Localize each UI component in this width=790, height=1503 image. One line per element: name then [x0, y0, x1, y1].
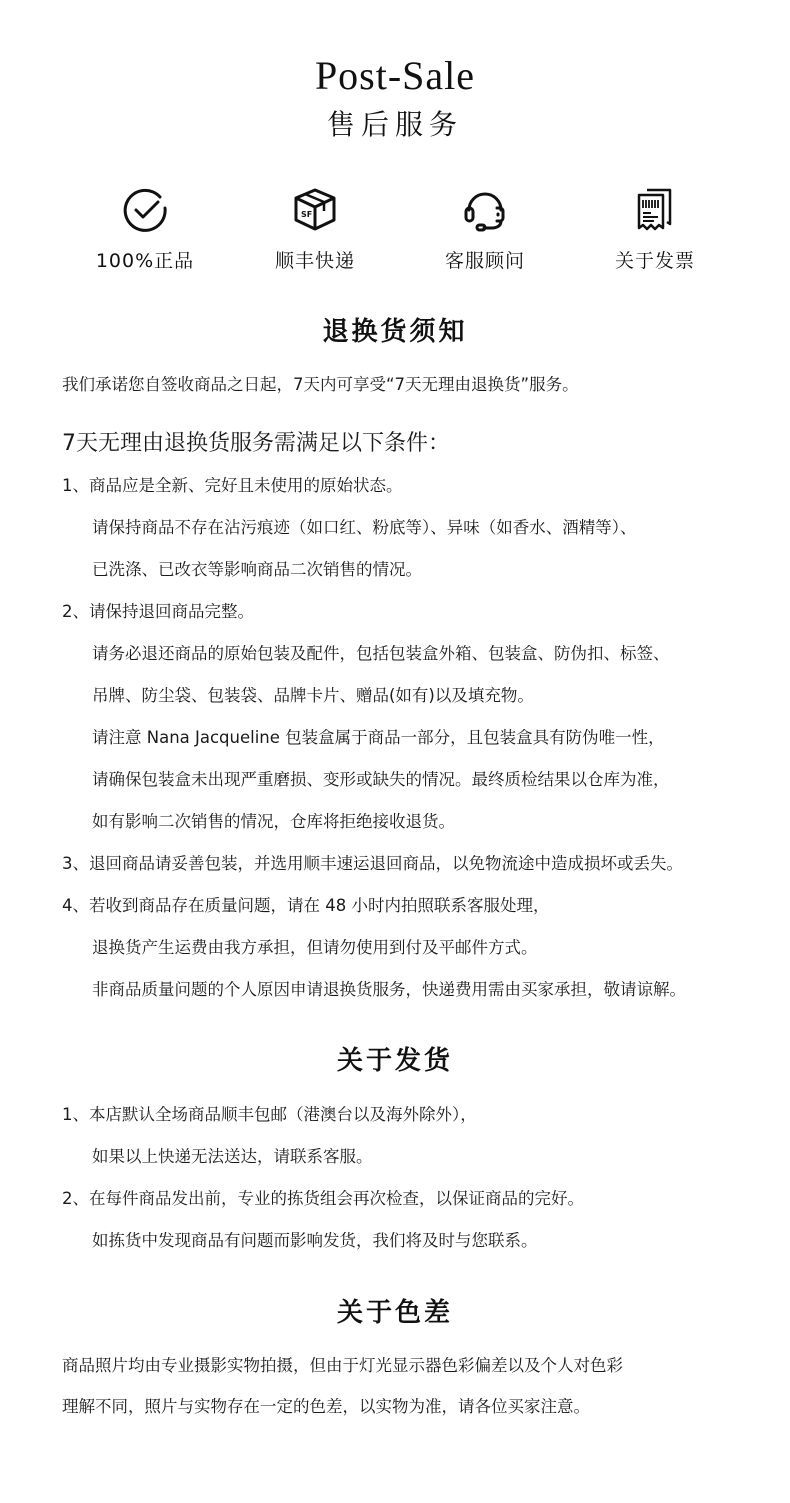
- returns-line: 退换货产生运费由我方承担，但请勿使用到付及平邮件方式。: [92, 936, 538, 960]
- returns-intro: 我们承诺您自签收商品之日起，7天内可享受“7天无理由退换货”服务。: [62, 373, 579, 397]
- svg-text:SF: SF: [301, 210, 312, 219]
- page-title-en: Post-Sale: [0, 52, 790, 100]
- returns-line: 2、请保持退回商品完整。: [62, 600, 254, 624]
- headset-icon: [459, 184, 511, 236]
- feature-label: 客服顾问: [445, 248, 525, 274]
- feature-label: 顺丰快递: [275, 248, 355, 274]
- shipping-line: 2、在每件商品发出前，专业的拣货组会再次检查，以保证商品的完好。: [62, 1187, 584, 1211]
- shipping-line: 如果以上快递无法送达，请联系客服。: [92, 1145, 373, 1169]
- sf-package-icon: SF: [289, 184, 341, 236]
- feature-label: 100%正品: [96, 248, 194, 274]
- feature-customer-service: 客服顾问: [400, 184, 570, 274]
- check-circle-icon: [119, 184, 171, 236]
- returns-line: 如有影响二次销售的情况，仓库将拒绝接收退货。: [92, 810, 455, 834]
- returns-line: 吊牌、防尘袋、包装袋、品牌卡片、赠品(如有)以及填充物。: [92, 684, 534, 708]
- returns-line: 1、商品应是全新、完好且未使用的原始状态。: [62, 474, 403, 498]
- returns-line: 已洗涤、已改衣等影响商品二次销售的情况。: [92, 558, 422, 582]
- shipping-line: 1、本店默认全场商品顺丰包邮（港澳台以及海外除外），: [62, 1103, 477, 1127]
- returns-line: 请保持商品不存在沾污痕迹（如口红、粉底等）、异味（如香水、酒精等）、: [92, 516, 637, 540]
- feature-authentic: 100%正品: [60, 184, 230, 274]
- page-title-cn: 售后服务: [0, 106, 790, 144]
- shipping-line: 如拣货中发现商品有问题而影响发货，我们将及时与您联系。: [92, 1229, 538, 1253]
- section-title-color-difference: 关于色差: [0, 1296, 790, 1330]
- section-title-shipping: 关于发货: [0, 1044, 790, 1078]
- returns-line: 请确保包装盒未出现严重磨损、变形或缺失的情况。最终质检结果以仓库为准，: [92, 768, 670, 792]
- returns-line: 非商品质量问题的个人原因申请退换货服务，快递费用需由买家承担，敬请谅解。: [92, 978, 686, 1002]
- returns-line: 请注意 Nana Jacqueline 包装盒属于商品一部分，且包装盒具有防伪唯…: [92, 726, 665, 750]
- section-title-returns: 退换货须知: [0, 315, 790, 349]
- returns-line: 4、若收到商品存在质量问题，请在 48 小时内拍照联系客服处理，: [62, 894, 549, 918]
- receipt-icon: [629, 184, 681, 236]
- color-diff-line: 商品照片均由专业摄影实物拍摄，但由于灯光显示器色彩偏差以及个人对色彩: [62, 1354, 623, 1378]
- returns-line: 请务必退还商品的原始包装及配件，包括包装盒外箱、包装盒、防伪扣、标签、: [92, 642, 670, 666]
- feature-invoice: 关于发票: [570, 184, 740, 274]
- color-diff-line: 理解不同，照片与实物存在一定的色差，以实物为准，请各位买家注意。: [62, 1395, 590, 1419]
- feature-label: 关于发票: [615, 248, 695, 274]
- returns-conditions-heading: 7天无理由退换货服务需满足以下条件：: [62, 429, 450, 459]
- feature-sf-express: SF 顺丰快递: [230, 184, 400, 274]
- returns-line: 3、退回商品请妥善包装，并选用顺丰速运退回商品，以免物流途中造成损坏或丢失。: [62, 852, 683, 876]
- feature-row: 100%正品 SF 顺丰快递 客服顾问: [60, 184, 740, 274]
